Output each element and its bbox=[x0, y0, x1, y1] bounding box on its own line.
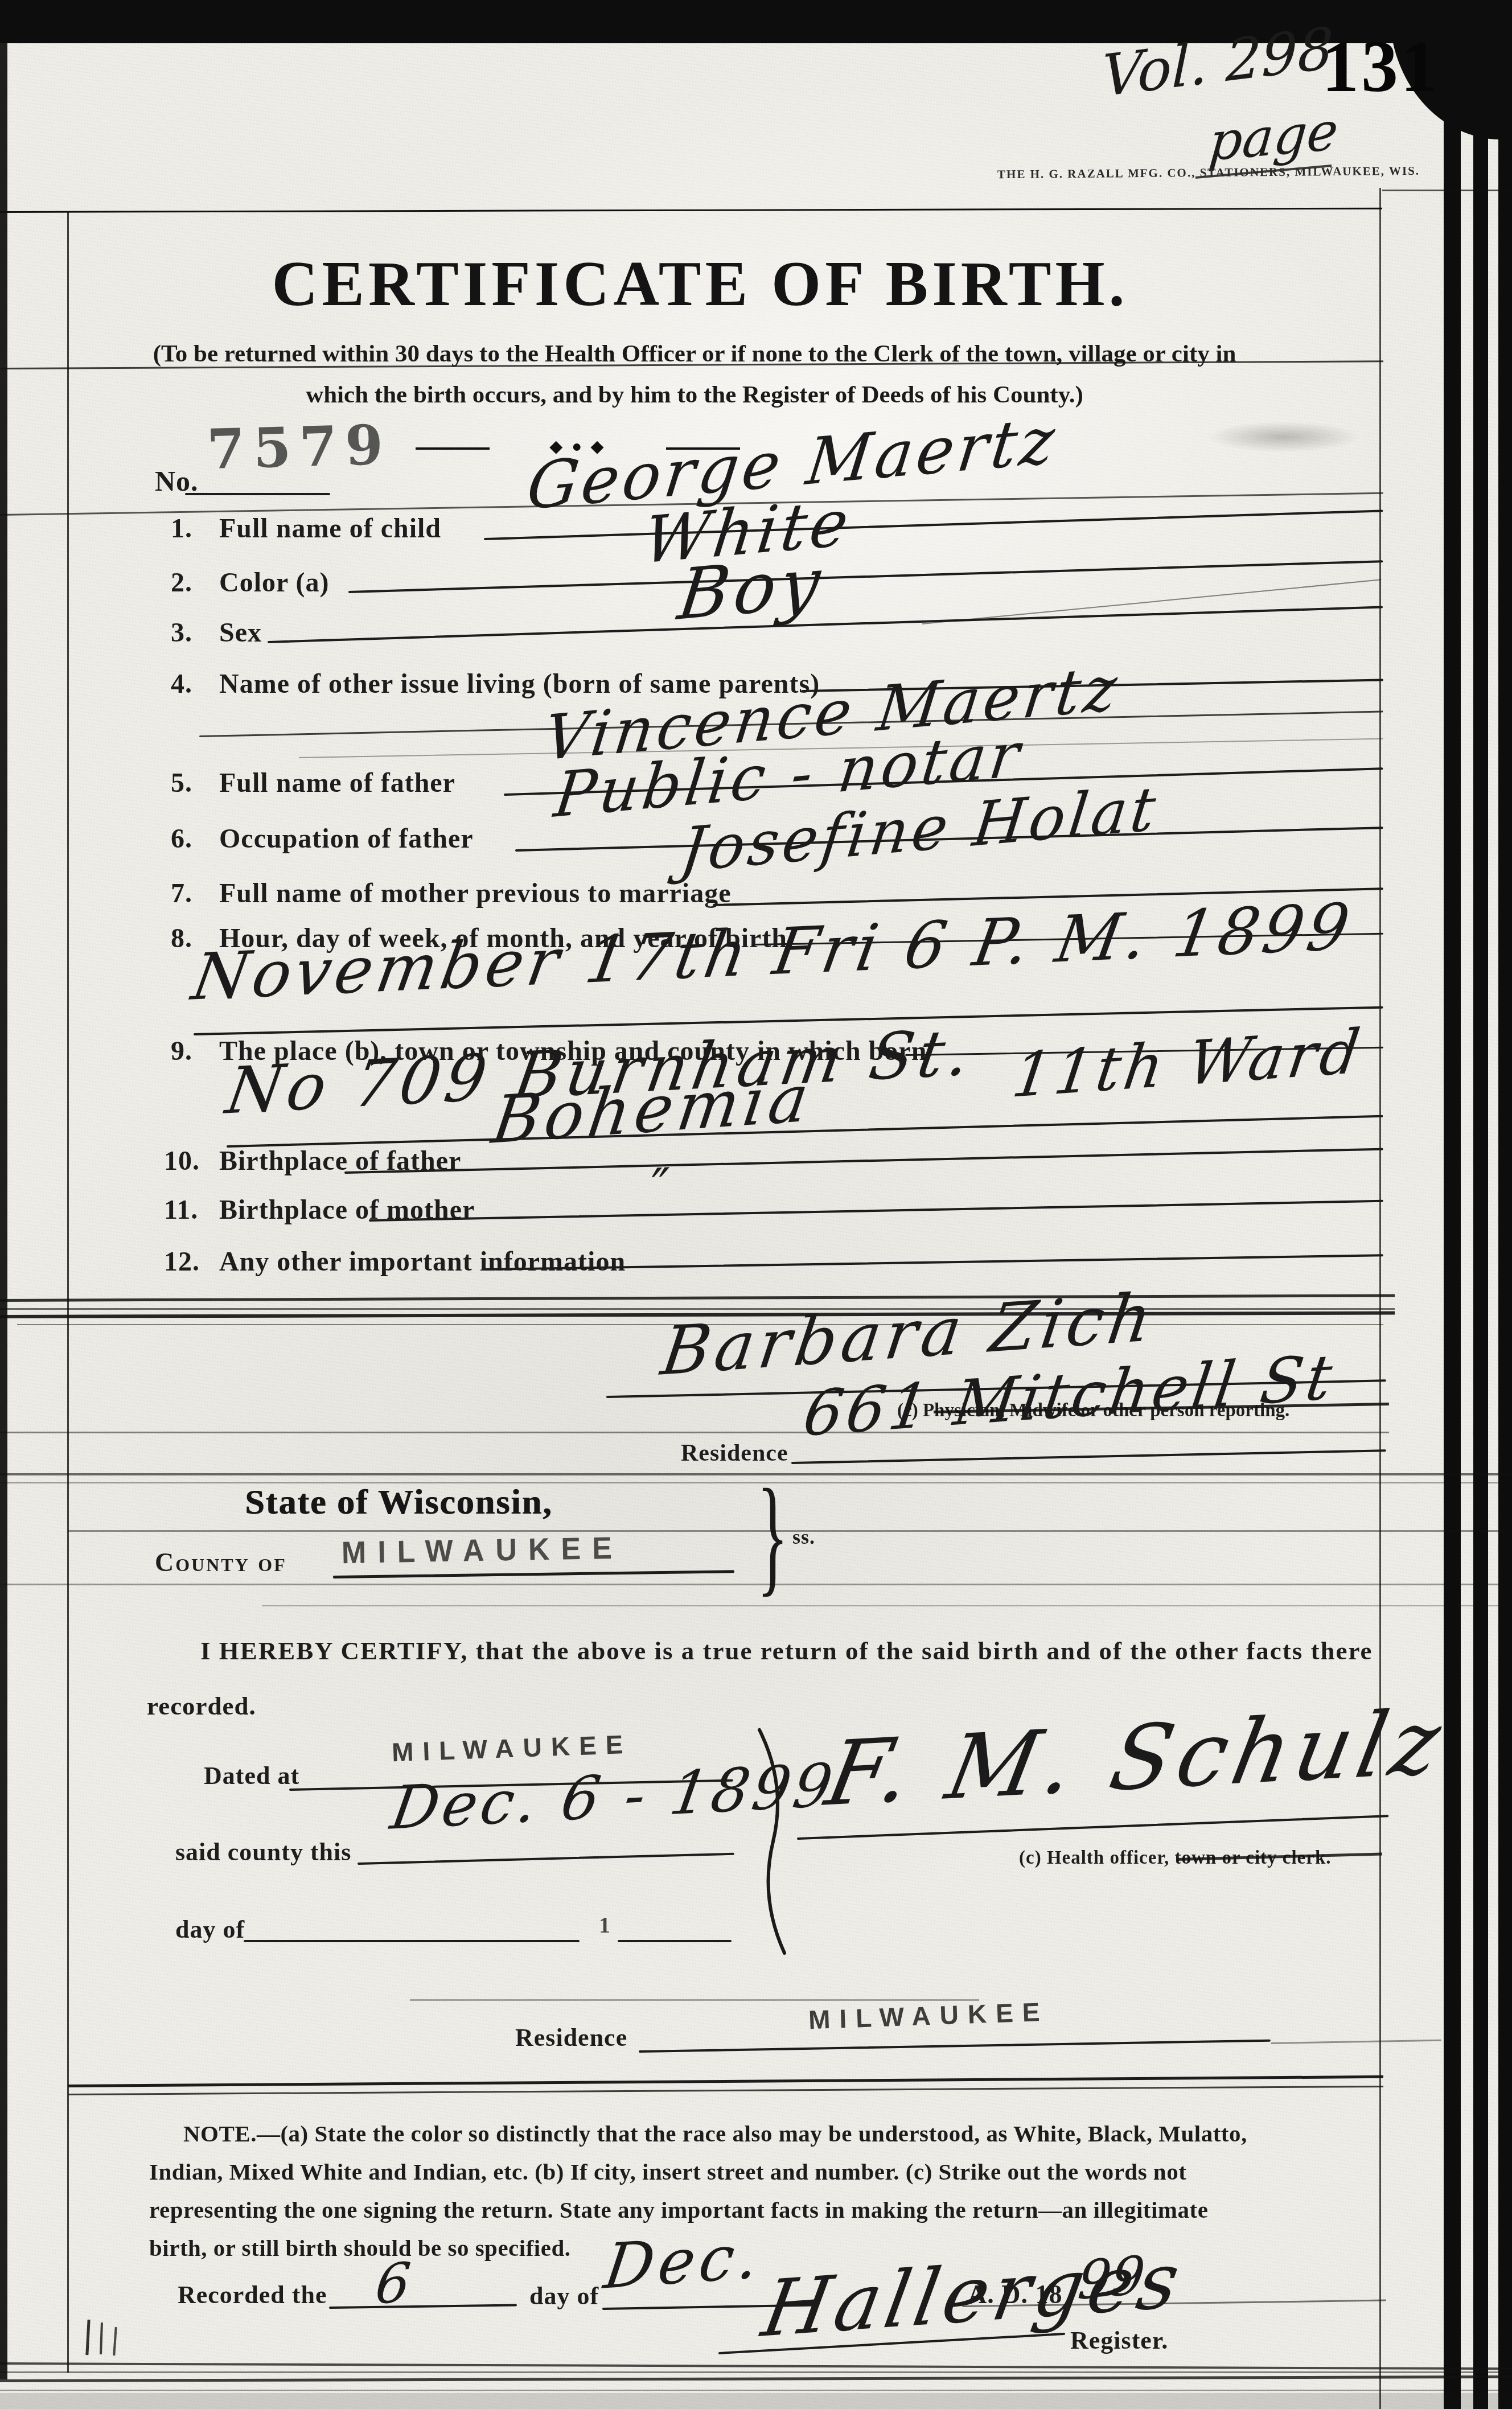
scan-streak bbox=[0, 2362, 1512, 2370]
scan-streak bbox=[1382, 190, 1512, 191]
field-number: 8. bbox=[171, 925, 192, 952]
jurisdiction-brace-icon: } bbox=[757, 1470, 788, 1601]
field-value: Boy bbox=[675, 547, 828, 630]
no-underline bbox=[185, 493, 330, 495]
certificate-number: 7579 bbox=[206, 418, 392, 477]
no-label: No. bbox=[155, 467, 199, 495]
recorded-day-of-label: day of bbox=[529, 2284, 599, 2309]
day-tick: 1 bbox=[599, 1914, 611, 1937]
dated-at-value-stamp: MILWAUKEE bbox=[391, 1731, 632, 1766]
scan-streak bbox=[410, 1999, 979, 2001]
certificate-page: Vol. 298 page 131 THE H. G. RAZALL MFG. … bbox=[0, 0, 1512, 2409]
officer-residence-underline-ext bbox=[1271, 2040, 1441, 2044]
certify-line1: I HEREBY CERTIFY, that the above is a tr… bbox=[200, 1638, 1373, 1664]
scan-streak bbox=[0, 2375, 1512, 2382]
day-of-label: day of bbox=[175, 1917, 245, 1942]
scan-streak bbox=[0, 1482, 1509, 1483]
field-value: November 17th Fri 6 P. M. 1899 bbox=[188, 895, 1358, 1010]
said-county-label: said county this bbox=[175, 1840, 351, 1865]
state-line: State of Wisconsin, bbox=[245, 1485, 552, 1520]
recorded-day-underline bbox=[329, 2304, 517, 2309]
officer-residence-underline bbox=[639, 2040, 1271, 2053]
note-line3: representing the one signing the return.… bbox=[149, 2198, 1208, 2222]
certify-line2: recorded. bbox=[147, 1693, 256, 1719]
document-title: CERTIFICATE OF BIRTH. bbox=[74, 252, 1326, 316]
county-underline bbox=[333, 1570, 734, 1578]
scan-streak bbox=[0, 1294, 1395, 1302]
scan-streak bbox=[0, 2390, 1512, 2391]
field-label: Full name of mother previous to marriage bbox=[219, 880, 731, 907]
pen-mark bbox=[113, 2327, 117, 2355]
officer-caption: (c) Health officer, town or city clerk. bbox=[1019, 1849, 1332, 1868]
field-number: 9. bbox=[171, 1038, 192, 1065]
officer-residence-label: Residence bbox=[515, 2025, 627, 2050]
field-number: 10. bbox=[164, 1148, 200, 1175]
recorded-label: Recorded the bbox=[178, 2283, 327, 2308]
field-underline bbox=[268, 606, 1383, 643]
scan-left-strip bbox=[0, 34, 7, 2379]
reporter-residence-label: Residence bbox=[681, 1441, 788, 1465]
subtitle-line2: which the birth occurs, and by him to th… bbox=[63, 383, 1326, 407]
recorded-day: 6 bbox=[373, 2256, 413, 2313]
scan-streak bbox=[922, 579, 1381, 624]
page-number: 131 bbox=[1322, 30, 1440, 104]
note-line2: Indian, Mixed White and Indian, etc. (b)… bbox=[149, 2160, 1186, 2184]
scan-streak bbox=[0, 1308, 1395, 1310]
county-value-stamp: MILWAUKEE bbox=[342, 1532, 624, 1568]
scan-streak bbox=[68, 1530, 1509, 1532]
field-number: 12. bbox=[164, 1248, 200, 1276]
scan-smudge bbox=[1207, 421, 1361, 453]
scan-streak bbox=[262, 1605, 1509, 1606]
binding-bar bbox=[1473, 30, 1488, 2409]
field-number: 3. bbox=[171, 619, 192, 647]
pen-mark bbox=[85, 2320, 90, 2355]
field-number: 1. bbox=[171, 515, 192, 542]
county-label: County of bbox=[155, 1549, 287, 1576]
scan-streak bbox=[0, 1432, 1389, 1433]
day-of-underline bbox=[244, 1940, 580, 1942]
register-label: Register. bbox=[1070, 2328, 1168, 2353]
scan-streak bbox=[0, 2371, 1512, 2373]
scan-streak bbox=[0, 1584, 1512, 1585]
field-label: Any other important information bbox=[219, 1248, 626, 1276]
page-note: page bbox=[1207, 105, 1340, 169]
recorded-month: Dec. bbox=[601, 2225, 767, 2299]
certify-brace-icon bbox=[749, 1728, 795, 1955]
field-number: 7. bbox=[171, 880, 192, 907]
field-number: 4. bbox=[171, 671, 192, 698]
field-number: 2. bbox=[171, 569, 192, 597]
form-top-rule bbox=[0, 208, 1382, 213]
divider-line-icon bbox=[416, 447, 490, 450]
officer-residence-value-stamp: MILWAUKEE bbox=[808, 1999, 1049, 2033]
note-line1: NOTE.—(a) State the color so distinctly … bbox=[149, 2122, 1247, 2145]
binding-bar bbox=[1498, 38, 1512, 2409]
separator-rule bbox=[68, 2086, 1383, 2095]
pen-mark bbox=[100, 2322, 103, 2354]
field-underline bbox=[348, 560, 1383, 593]
field-label: Full name of child bbox=[219, 515, 441, 542]
stationer-line: THE H. G. RAZALL MFG. CO., STATIONERS, M… bbox=[997, 165, 1420, 180]
note-line4: birth, or still birth should be so speci… bbox=[149, 2237, 570, 2260]
officer-signature: F. M. Schulz bbox=[820, 1697, 1453, 1819]
field-value: ″ bbox=[651, 1161, 672, 1212]
field-underline bbox=[369, 1200, 1383, 1222]
field-number: 5. bbox=[171, 770, 192, 797]
residence-underline bbox=[791, 1449, 1386, 1464]
field-label: Color (a) bbox=[219, 569, 329, 597]
field-label: Full name of father bbox=[219, 770, 455, 797]
form-left-rule bbox=[67, 212, 69, 2373]
dated-at-label: Dated at bbox=[204, 1763, 299, 1789]
field-label: Occupation of father bbox=[219, 825, 474, 853]
scan-streak bbox=[0, 1473, 1512, 1475]
field-value2: 11th Ward bbox=[1009, 1021, 1366, 1107]
separator-rule bbox=[68, 2075, 1383, 2087]
binding-bar bbox=[1444, 23, 1461, 2409]
said-county-underline bbox=[358, 1853, 734, 1865]
field-number: 6. bbox=[171, 825, 192, 853]
scan-bottom-wash bbox=[0, 2393, 1512, 2409]
field-label: Sex bbox=[219, 619, 262, 647]
day-of-underline2 bbox=[618, 1940, 732, 1942]
field-number: 11. bbox=[164, 1197, 198, 1224]
